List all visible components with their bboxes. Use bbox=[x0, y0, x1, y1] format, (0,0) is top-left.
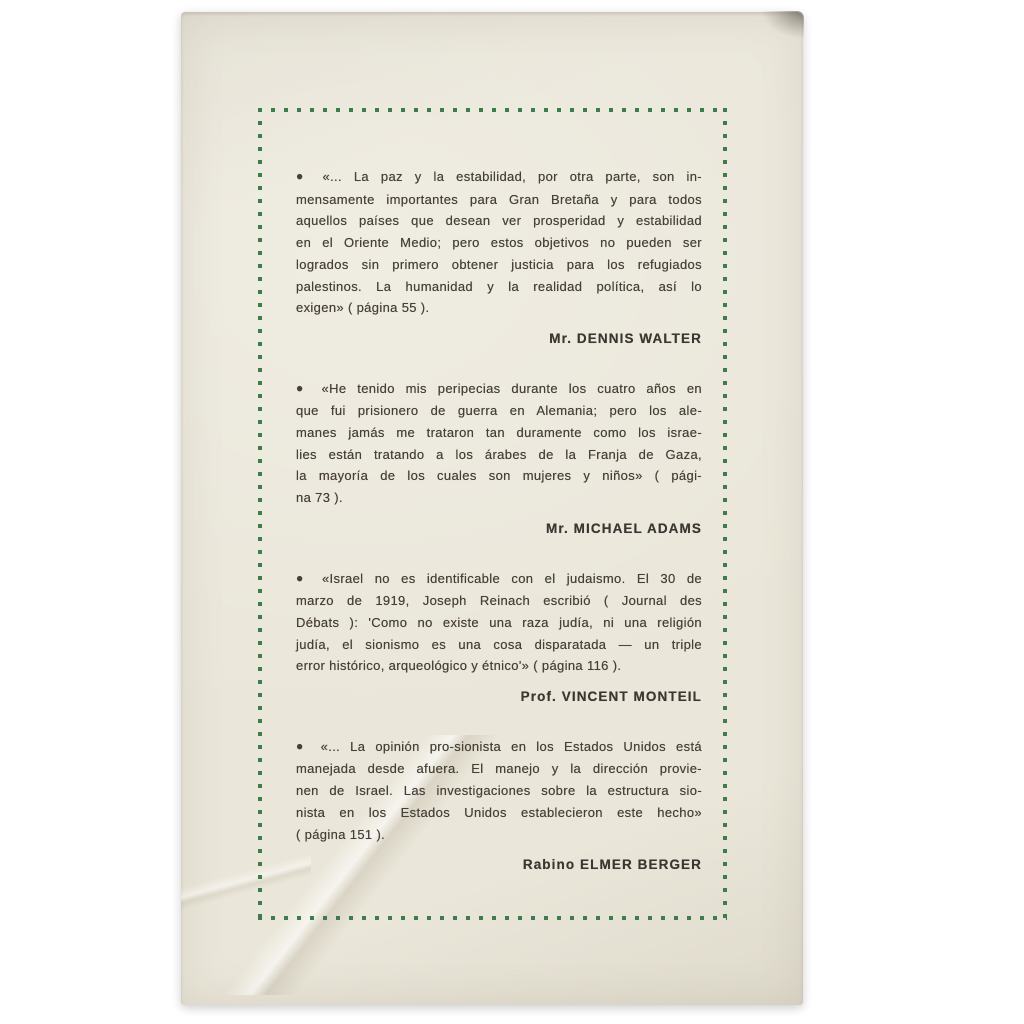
quote-line: nen de Israel. Las investigaciones sobre… bbox=[296, 780, 702, 802]
corner-smudge bbox=[758, 11, 804, 41]
quote-line: logrados sin primero obtener justicia pa… bbox=[296, 254, 702, 276]
quote-line: ●«... La paz y la estabilidad, por otra … bbox=[296, 166, 702, 189]
quote-line: nista en los Estados Unidos estableciero… bbox=[296, 802, 702, 824]
quote-line: palestinos. La humanidad y la realidad p… bbox=[296, 276, 702, 298]
book-cover: ●«... La paz y la estabilidad, por otra … bbox=[181, 12, 803, 1005]
quote-text: «Israel no es identificable con el judai… bbox=[322, 571, 702, 586]
quote-line: exigen» ( página 55 ). bbox=[296, 297, 702, 319]
quote-block-dennis-walter: ●«... La paz y la estabilidad, por otra … bbox=[296, 166, 702, 350]
quote-block-michael-adams: ●«He tenido mis peripecias durante los c… bbox=[296, 378, 702, 540]
quote-block-elmer-berger: ●«... La opinión pro-sionista en los Est… bbox=[296, 736, 702, 876]
quote-attribution: Rabino ELMER BERGER bbox=[296, 854, 702, 876]
quote-line: manejada desde afuera. El manejo y la di… bbox=[296, 758, 702, 780]
dotted-border-frame: ●«... La paz y la estabilidad, por otra … bbox=[258, 108, 727, 920]
page-background: { "theme": { "page_bg": "#ffffff", "pape… bbox=[0, 0, 1024, 1024]
quote-line: ( página 151 ). bbox=[296, 824, 702, 846]
quote-attribution: Mr. MICHAEL ADAMS bbox=[296, 518, 702, 540]
quote-text: «... La opinión pro-sionista en los Esta… bbox=[321, 739, 702, 754]
quote-line: manes jamás me trataron tan duramente co… bbox=[296, 422, 702, 444]
quote-line: mensamente importantes para Gran Bretaña… bbox=[296, 189, 702, 211]
dotted-border-bottom bbox=[258, 916, 727, 920]
quote-text: «He tenido mis peripecias durante los cu… bbox=[322, 381, 703, 396]
quote-line: ●«He tenido mis peripecias durante los c… bbox=[296, 378, 702, 401]
quote-line: judía, el sionismo es una cosa disparata… bbox=[296, 634, 702, 656]
quote-line: aquellos países que desean ver prosperid… bbox=[296, 210, 702, 232]
quote-text: «... La paz y la estabilidad, por otra p… bbox=[323, 169, 702, 184]
quote-line: error histórico, arqueológico y étnico'»… bbox=[296, 655, 702, 677]
quote-line: lies están tratando a los árabes de la F… bbox=[296, 444, 702, 466]
quote-block-vincent-monteil: ●«Israel no es identificable con el juda… bbox=[296, 568, 702, 708]
dotted-border-right bbox=[723, 108, 727, 920]
quote-line: la mayoría de los cuales son mujeres y n… bbox=[296, 465, 702, 487]
quote-line: en el Oriente Medio; pero estos objetivo… bbox=[296, 232, 702, 254]
bullet-icon: ● bbox=[296, 381, 311, 395]
dotted-border-top bbox=[258, 108, 727, 112]
quotes-container: ●«... La paz y la estabilidad, por otra … bbox=[296, 166, 702, 904]
quote-line: na 73 ). bbox=[296, 487, 702, 509]
quote-line: marzo de 1919, Joseph Reinach escribió (… bbox=[296, 590, 702, 612]
quote-attribution: Prof. VINCENT MONTEIL bbox=[296, 686, 702, 708]
bullet-icon: ● bbox=[296, 739, 310, 753]
quote-attribution: Mr. DENNIS WALTER bbox=[296, 328, 702, 350]
quote-line: ●«Israel no es identificable con el juda… bbox=[296, 568, 702, 591]
quote-line: que fui prisionero de guerra en Alemania… bbox=[296, 400, 702, 422]
bullet-icon: ● bbox=[296, 169, 312, 183]
quote-line: Débats ): 'Como no existe una raza judía… bbox=[296, 612, 702, 634]
dotted-border-left bbox=[258, 108, 262, 920]
quote-line: ●«... La opinión pro-sionista en los Est… bbox=[296, 736, 702, 759]
bullet-icon: ● bbox=[296, 571, 311, 585]
